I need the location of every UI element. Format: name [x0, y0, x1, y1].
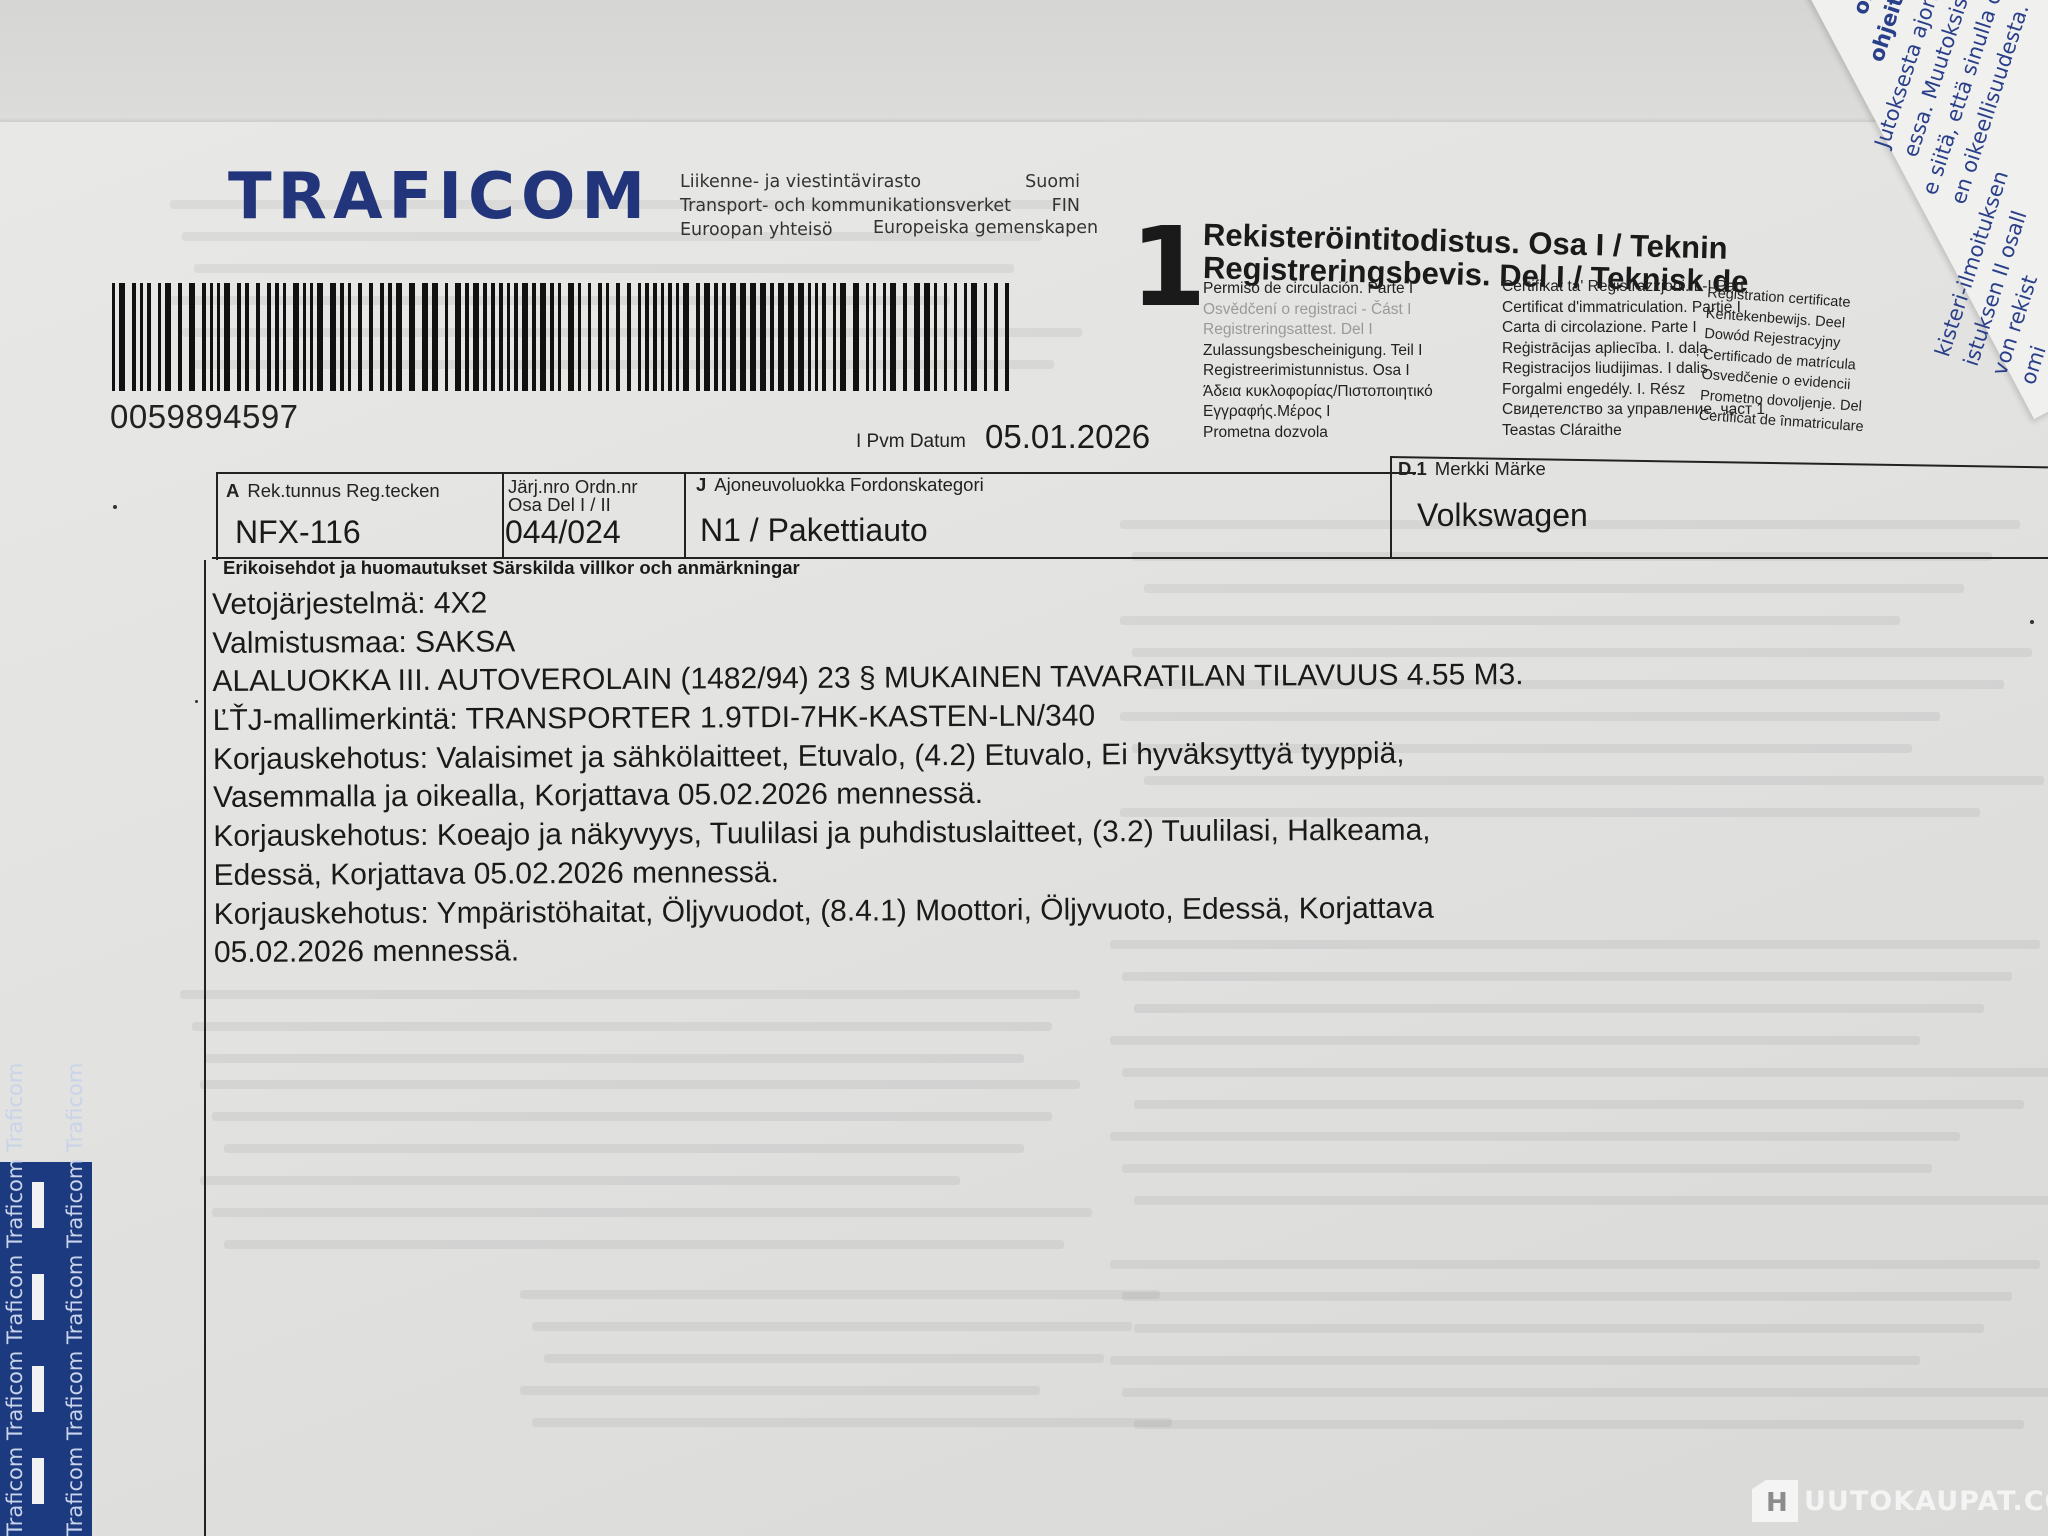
bleed-line [200, 1080, 1080, 1089]
date-label: I Pvm Datum [856, 431, 966, 453]
field-code: J [696, 474, 706, 495]
registration-date: 05.01.2026 [985, 418, 1150, 456]
strip-text: Traficom Traficom Traficom Traficom Traf… [62, 1063, 89, 1536]
barcode-bar [165, 283, 171, 391]
site-watermark: UUTOKAUPAT.COM [1752, 1480, 2048, 1522]
barcode-bar [275, 283, 279, 391]
barcode-bar [668, 283, 672, 391]
barcode-bar [483, 283, 487, 391]
field-label-text: Rek.tunnus Reg.tecken [247, 480, 439, 501]
barcode-bar [934, 283, 937, 391]
barcode-bar [140, 283, 143, 391]
speck [2030, 620, 2034, 624]
remark-line: ALALUOKKA III. AUTOVEROLAIN (1482/94) 23… [212, 657, 1523, 703]
barcode-bar [578, 283, 581, 391]
barcode-bar [310, 283, 313, 391]
language-titles-col3: Registration certificateKentekenbewijs. … [1698, 283, 1873, 438]
barcode-bar [815, 283, 818, 391]
barcode-bar [396, 283, 402, 391]
barcode-bar [409, 283, 415, 391]
barcode-bar [465, 283, 469, 391]
language-title: Osvědčení o registraci - Část I [1203, 300, 1433, 321]
remarks-list: Vetojärjestelmä: 4X2Valmistusmaa: SAKSAA… [212, 579, 1525, 973]
field-label-text: Osa Del I / II [508, 496, 638, 514]
bleed-line [224, 1240, 1064, 1249]
barcode-bar [808, 283, 811, 391]
barcode-bar [522, 283, 528, 391]
speck [195, 700, 198, 703]
reg-number-label: ARek.tunnus Reg.tecken [226, 480, 440, 502]
remark-line: Korjauskehotus: Valaisimet ja sähkölaitt… [213, 734, 1524, 780]
barcode-bar [491, 283, 495, 391]
barcode-bar [245, 283, 249, 391]
bleed-line [1122, 1068, 2048, 1077]
strip-dash [32, 1458, 44, 1504]
bleed-line [520, 1290, 1160, 1299]
agency-line-sv: Transport- och kommunikationsverket [680, 194, 1011, 218]
barcode-bar [202, 283, 206, 391]
bleed-line [1110, 1356, 1920, 1365]
barcode-bar [770, 283, 774, 391]
barcode-bar [293, 283, 299, 391]
remark-line: Korjauskehotus: Ympäristöhaitat, Öljyvuo… [214, 889, 1525, 935]
language-title: Άδεια κυκλοφορίας/Πιστοποιητικό [1203, 382, 1433, 403]
eu-name-swedish: Europeiska gemenskapen [873, 218, 1098, 238]
bleed-line [212, 1112, 1052, 1121]
barcode-bar [283, 283, 286, 391]
barcode-bar [112, 283, 115, 391]
strip-dash [32, 1274, 44, 1320]
barcode-bar [224, 283, 230, 391]
barcode-bar [189, 283, 195, 391]
barcode-bar [903, 283, 907, 391]
barcode-bar [883, 283, 886, 391]
barcode-bar [132, 283, 136, 391]
barcode-bar [627, 283, 631, 391]
barcode-bar [714, 283, 718, 391]
bleed-line [1110, 1260, 2040, 1269]
barcode-bar [638, 283, 641, 391]
bleed-line [1122, 972, 2012, 981]
barcode-bar [924, 283, 930, 391]
barcode-bar [616, 283, 620, 391]
agency-line-fi: Liikenne- ja viestintävirasto [680, 170, 1011, 194]
barcode-bar [507, 283, 510, 391]
language-title: Εγγραφής.Μέρος I [1203, 402, 1433, 423]
bleed-line [1110, 1132, 1960, 1141]
order-number-value: 044/024 [505, 514, 621, 551]
barcode-bar [358, 283, 362, 391]
barcode-bar [704, 283, 710, 391]
barcode-bar [833, 283, 836, 391]
barcode-bar [540, 283, 546, 391]
bleed-line [1134, 1004, 1984, 1013]
barcode-bar [473, 283, 479, 391]
language-title: Registreringsattest. Del I [1203, 320, 1433, 341]
barcode-bar [267, 283, 271, 391]
field-label-text: Ajoneuvoluokka Fordonskategori [714, 474, 983, 495]
barcode-bar [499, 283, 503, 391]
bleed-line [1134, 1324, 1984, 1333]
barcode-bar [873, 283, 876, 391]
background-surface [0, 0, 2048, 125]
barcode-bar [598, 283, 602, 391]
barcode-bar [866, 283, 869, 391]
bleed-line [204, 1054, 1024, 1063]
bleed-line [1122, 1388, 2048, 1397]
barcode-bar [606, 283, 609, 391]
country-block: Suomi FIN [1020, 170, 1080, 218]
bleed-line [1122, 1164, 1932, 1173]
barcode-bar [676, 283, 679, 391]
barcode-bar [760, 283, 766, 391]
table-divider [216, 472, 218, 560]
barcode-bar [317, 283, 323, 391]
barcode-bar [147, 283, 151, 391]
barcode-bar [380, 283, 384, 391]
table-divider [684, 472, 686, 558]
bleed-line [520, 1386, 1040, 1395]
barcode-bar [158, 283, 161, 391]
barcode-bar [532, 283, 536, 391]
remark-line: Valmistusmaa: SAKSA [212, 618, 1523, 664]
field-code: D.1 [1398, 458, 1427, 479]
table-divider [1390, 458, 1392, 558]
field-label-text: Merkki Märke [1435, 458, 1546, 479]
speck [113, 505, 117, 509]
barcode-bar [445, 283, 448, 391]
barcode-bar [971, 283, 977, 391]
barcode-bar [256, 283, 260, 391]
bleed-line [1134, 1196, 2048, 1205]
barcode-bar [740, 283, 746, 391]
barcode-bar [514, 283, 518, 391]
barcode-bar [455, 283, 461, 391]
field-code: A [226, 480, 239, 501]
barcode-bar [964, 283, 967, 391]
barcode-bar [178, 283, 182, 391]
reg-number-value: NFX-116 [235, 514, 361, 551]
remark-line: Vasemmalla ja oikealla, Korjattava 05.02… [213, 773, 1524, 819]
barcode-bar [778, 283, 784, 391]
barcode-bar [914, 283, 920, 391]
traficom-logo: TRAFICOM [228, 160, 651, 234]
country-name: Suomi [1020, 170, 1080, 194]
barcode-bar [217, 283, 220, 391]
barcode-bar [944, 283, 947, 391]
bleed-line [1134, 1420, 2024, 1429]
bleed-line [1110, 1036, 1920, 1045]
barcode-bar [645, 283, 649, 391]
barcode-bar [422, 283, 428, 391]
barcode-bar [750, 283, 756, 391]
bleed-line [224, 1144, 1024, 1153]
part-number: 1 [1130, 212, 1207, 322]
remark-line: 05.02.2026 mennessä. [214, 927, 1525, 973]
make-value: Volkswagen [1417, 497, 1588, 534]
country-code: FIN [1020, 194, 1080, 218]
barcode-bar [348, 283, 351, 391]
barcode-bar [568, 283, 574, 391]
order-number-label: Järj.nro Ordn.nr Osa Del I / II [508, 478, 638, 514]
barcode-bar [730, 283, 736, 391]
barcode-bar [210, 283, 213, 391]
language-title: Permiso de circulación. Parte I [1203, 279, 1433, 300]
watermark-box-icon [1752, 1480, 1798, 1522]
barcode-bar [661, 283, 664, 391]
barcode-bar [1005, 283, 1009, 391]
watermark-text: UUTOKAUPAT.COM [1804, 1486, 2048, 1517]
remark-line: ĽŤJ-mallimerkintä: TRANSPORTER 1.9TDI-7H… [213, 695, 1524, 741]
barcode-bar [994, 283, 998, 391]
bleed-line [192, 1022, 1052, 1031]
barcode-bar [330, 283, 336, 391]
bleed-line [1122, 1292, 2012, 1301]
barcode-bar [722, 283, 726, 391]
barcode-bar [237, 283, 241, 391]
bleed-line [1134, 1100, 2024, 1109]
barcode-bar [588, 283, 591, 391]
barcode-bar [853, 283, 859, 391]
barcode-bar [696, 283, 700, 391]
remarks-left-border [204, 560, 206, 1536]
barcode-bar [798, 283, 804, 391]
vehicle-category-value: N1 / Pakettiauto [700, 512, 928, 549]
strip-text: Traficom Traficom Traficom Traficom Traf… [2, 1063, 29, 1536]
vehicle-category-label: JAjoneuvoluokka Fordonskategori [696, 474, 984, 496]
barcode-bar [653, 283, 657, 391]
barcode-number: 0059894597 [110, 398, 299, 436]
bleed-line [544, 1354, 1104, 1363]
language-titles-col1: Permiso de circulación. Parte IOsvědčení… [1203, 279, 1433, 443]
table-divider [502, 472, 504, 558]
language-title: Registreerimistunnistus. Osa I [1203, 361, 1433, 382]
bleed-line [180, 990, 1080, 999]
barcode-bar [303, 283, 306, 391]
language-title: Zulassungsbescheinigung. Teil I [1203, 341, 1433, 362]
strip-dash [32, 1366, 44, 1412]
barcode-bar [683, 283, 689, 391]
barcode-bar [822, 283, 826, 391]
barcode-bar [388, 283, 392, 391]
bleed-line [532, 1418, 1172, 1427]
barcode-bar [984, 283, 987, 391]
bleed-line [200, 1176, 960, 1185]
strip-dash [32, 1182, 44, 1228]
barcode-bar [369, 283, 373, 391]
bleed-line [194, 264, 1014, 273]
barcode-bar [340, 283, 344, 391]
barcode-bar [119, 283, 125, 391]
barcode-bar [840, 283, 846, 391]
barcode-bar [890, 283, 896, 391]
barcode-bar [788, 283, 794, 391]
barcode-bar [954, 283, 957, 391]
barcode [112, 283, 1024, 391]
barcode-bar [558, 283, 561, 391]
language-title: Prometna dozvola [1203, 423, 1433, 444]
make-label: D.1Merkki Märke [1398, 458, 1546, 480]
remarks-heading: Erikoisehdot ja huomautukset Särskilda v… [223, 557, 800, 579]
barcode-bar [432, 283, 438, 391]
remark-line: Korjauskehotus: Koeajo ja näkyvyys, Tuul… [213, 811, 1524, 857]
bleed-line [212, 1208, 1092, 1217]
remark-line: Vetojärjestelmä: 4X2 [212, 579, 1523, 625]
barcode-bar [550, 283, 554, 391]
bleed-line [532, 1322, 1132, 1331]
